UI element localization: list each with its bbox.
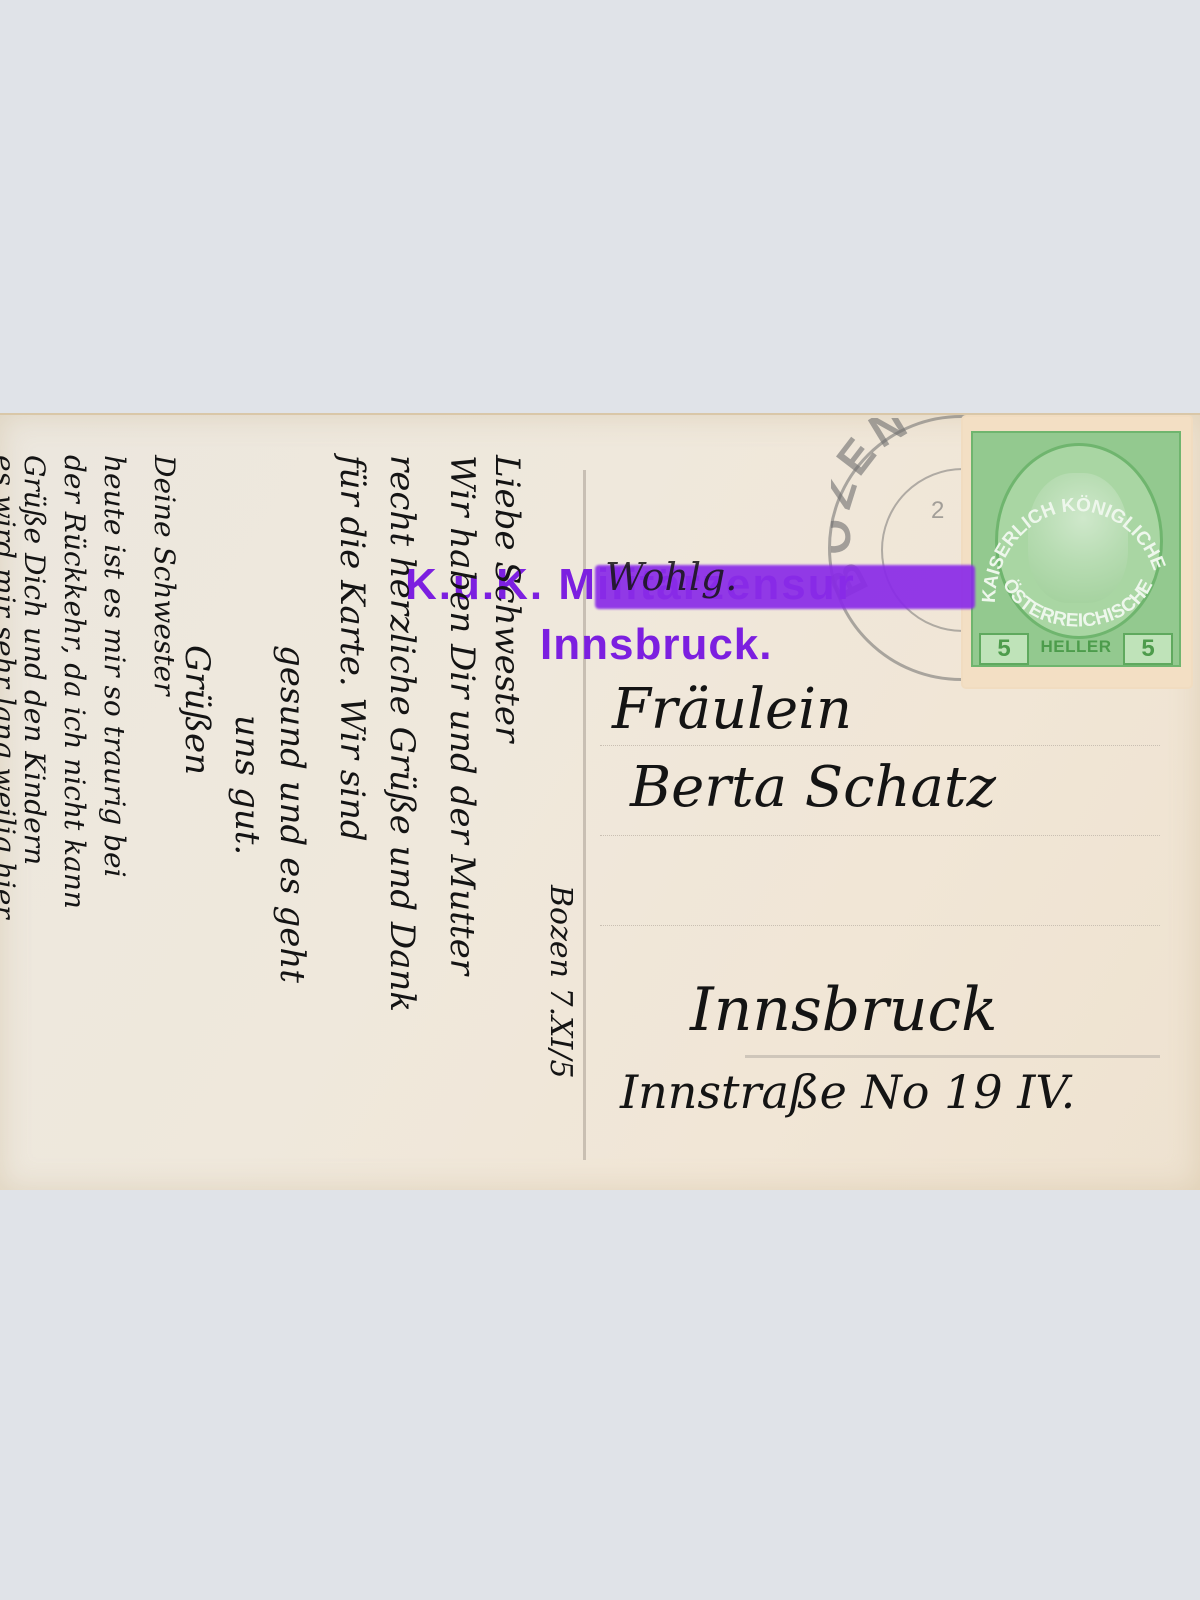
postage-stamp: KAISERLICH KÖNIGLICHE ÖSTERREICHISCHE PO… [963,417,1191,687]
svg-text:2: 2 [931,497,944,524]
stamp-frame: KAISERLICH KÖNIGLICHE ÖSTERREICHISCHE PO… [971,431,1181,667]
message-line: Liebe Schwester [490,455,524,742]
message-line: Grüße Dich und den Kindern [20,455,48,865]
address-line [600,835,1160,836]
message-place-date: Bozen 7.XI/5 [545,885,575,1079]
message-line: heute ist es mir so traurig bei [100,455,128,878]
address-line [600,745,1160,746]
postcard-back: BOZEN 2 KAISERLICH KÖNIGLICHE ÖSTERREICH… [0,413,1200,1190]
stamp-value-left: 5 [979,633,1029,665]
message-line: der Rückkehr, da ich nicht kann [60,455,88,909]
address-prefix: Wohlg. [605,555,737,599]
address-street: Innstraße No 19 IV. [620,1065,1075,1119]
stamp-currency: HELLER [1033,637,1119,657]
message-line: gesund und es geht [275,645,309,983]
message-line: uns gut. [230,715,264,855]
message-line: Grüßen [180,645,214,775]
message-line: Wir haben Dir und der Mutter [445,455,479,975]
stamp-value-right: 5 [1123,633,1173,665]
address-title: Fräulein [612,677,852,742]
message-line: recht herzliche Grüße und Dank [385,455,419,1012]
stamp-ring-text: KAISERLICH KÖNIGLICHE ÖSTERREICHISCHE PO… [973,433,1179,665]
message-line: für die Karte. Wir sind [335,455,369,842]
message-line: Deine Schwester [150,455,178,696]
censor-stamp-line2: Innsbruck. [540,620,773,670]
message-line: es wird mir sehr lang weilig hier. [0,455,18,925]
address-city: Innsbruck [690,975,997,1045]
address-line-underline [745,1055,1160,1058]
address-line [600,925,1160,926]
address-name: Berta Schatz [630,755,996,820]
